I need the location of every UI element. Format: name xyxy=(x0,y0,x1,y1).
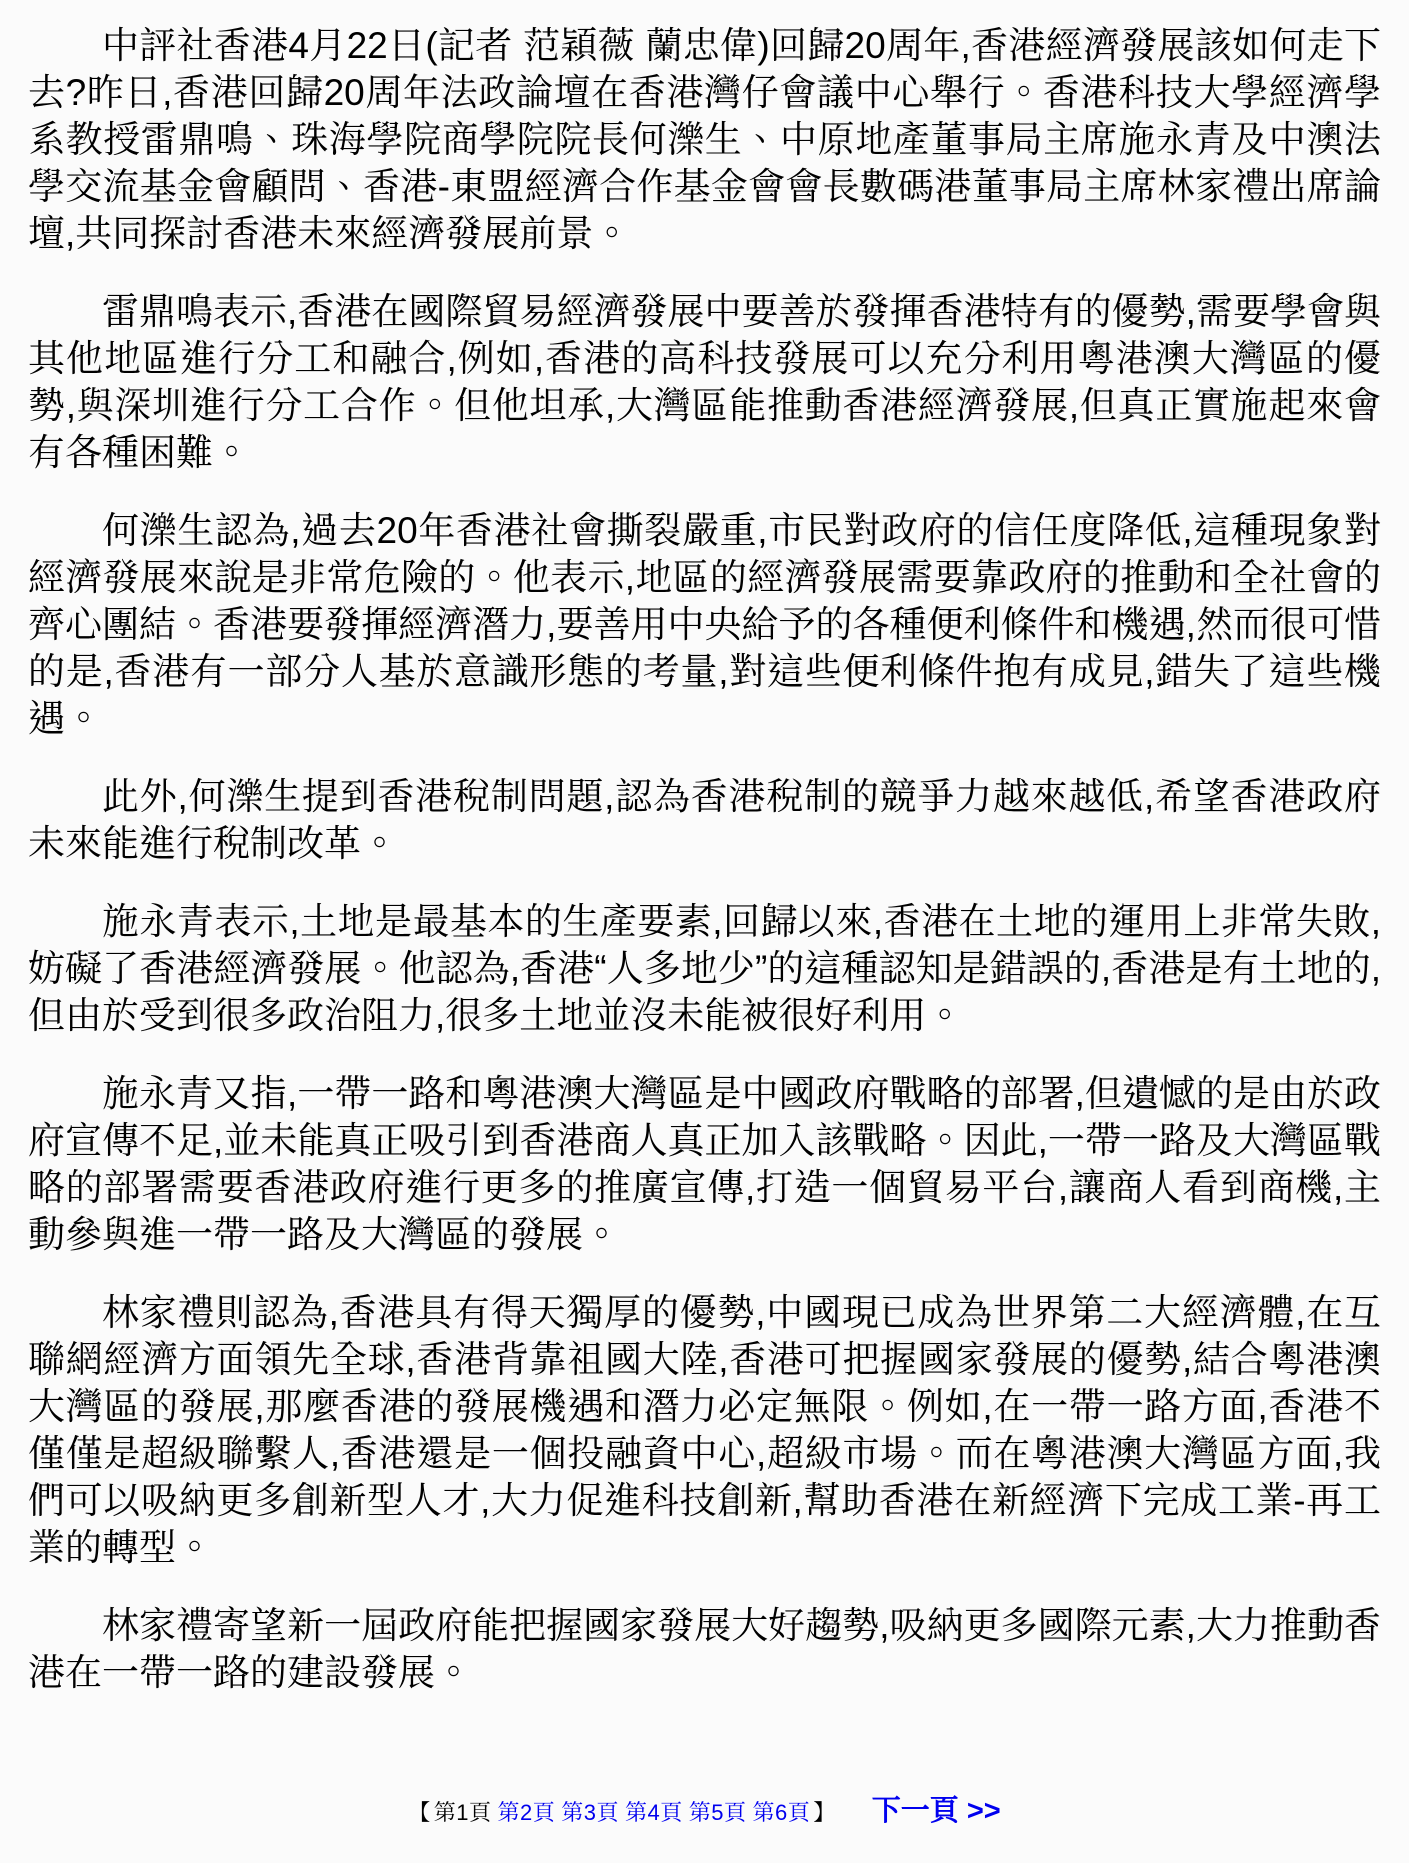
next-page-link[interactable]: 下一頁 >> xyxy=(872,1788,1001,1829)
article-paragraph: 林家禮寄望新一屆政府能把握國家發展大好趨勢,吸納更多國際元素,大力推動香港在一帶… xyxy=(28,1602,1381,1696)
article-paragraph: 施永青表示,土地是最基本的生產要素,回歸以來,香港在土地的運用上非常失敗,妨礙了… xyxy=(28,898,1381,1039)
article-body: 中評社香港4月22日(記者 范穎薇 蘭忠偉)回歸20周年,香港經濟發展該如何走下… xyxy=(0,0,1409,1696)
article-paragraph: 何濼生認為,過去20年香港社會撕裂嚴重,市民對政府的信任度降低,這種現象對經濟發… xyxy=(28,507,1381,742)
article-paragraph: 林家禮則認為,香港具有得天獨厚的優勢,中國現已成為世界第二大經濟體,在互聯網經濟… xyxy=(28,1289,1381,1571)
article-paragraph: 雷鼎鳴表示,香港在國際貿易經濟發展中要善於發揮香港特有的優勢,需要學會與其他地區… xyxy=(28,288,1381,476)
pagination-page-link[interactable]: 第4頁 xyxy=(625,1800,683,1825)
article-paragraph: 此外,何濼生提到香港稅制問題,認為香港稅制的競爭力越來越低,希望香港政府未來能進… xyxy=(28,773,1381,867)
pagination-current-page: 第1頁 xyxy=(434,1800,492,1825)
pagination-page-link[interactable]: 第6頁 xyxy=(753,1800,811,1825)
pagination-page-link[interactable]: 第5頁 xyxy=(689,1800,747,1825)
article-paragraph: 施永青又指,一帶一路和粵港澳大灣區是中國政府戰略的部署,但遺憾的是由於政府宣傳不… xyxy=(28,1070,1381,1258)
pagination-bracket-open: 【 xyxy=(408,1800,431,1825)
pagination: 【第1頁第2頁第3頁第4頁第5頁第6頁】下一頁 >> xyxy=(0,1788,1409,1863)
article-paragraph: 中評社香港4月22日(記者 范穎薇 蘭忠偉)回歸20周年,香港經濟發展該如何走下… xyxy=(28,22,1381,257)
pagination-page-link[interactable]: 第3頁 xyxy=(561,1800,619,1825)
pagination-page-link[interactable]: 第2頁 xyxy=(498,1800,556,1825)
pagination-bracket-close: 】 xyxy=(813,1800,836,1825)
pagination-page-group: 【第1頁第2頁第3頁第4頁第5頁第6頁】 xyxy=(408,1796,836,1827)
